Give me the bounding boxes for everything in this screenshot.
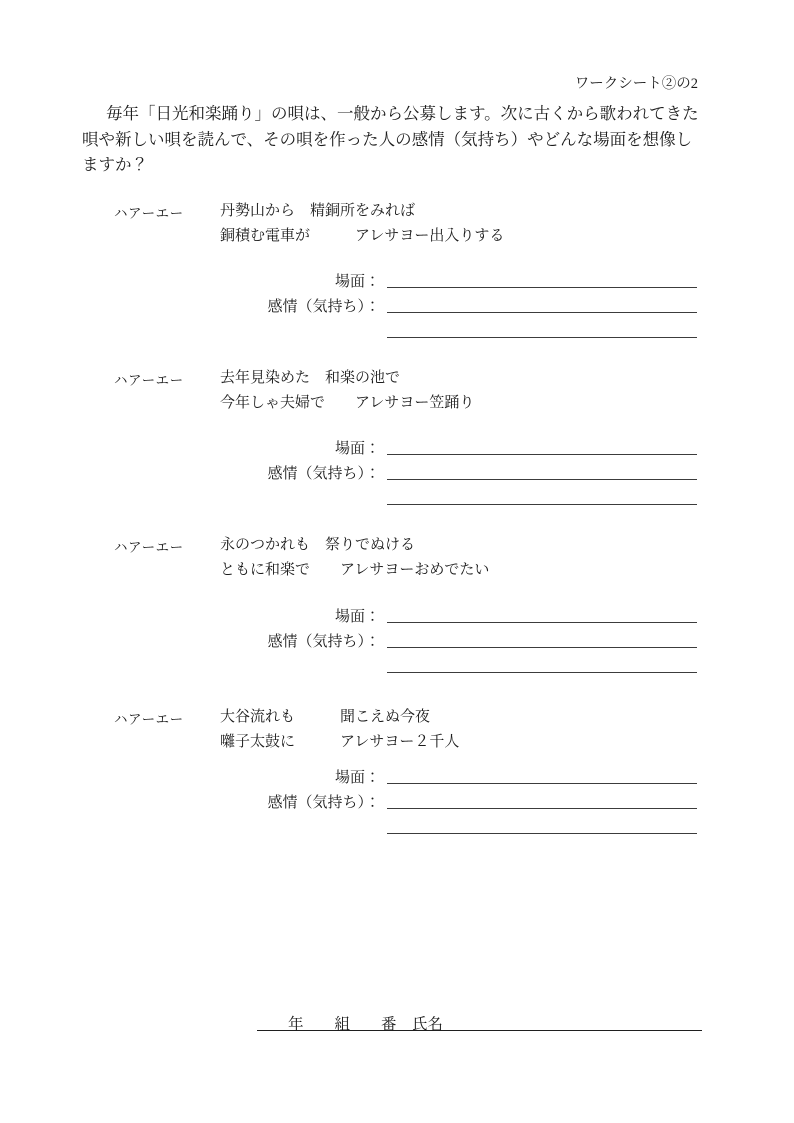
answer-block-1: 場面： 感情（気持ち）： (82, 270, 697, 340)
scene-blank-line (387, 766, 697, 784)
scene-label: 場面： (82, 270, 380, 291)
verse-call: ハアーエー (114, 708, 184, 728)
emotion-blank-line-1 (387, 462, 697, 480)
scene-blank-line (387, 270, 697, 288)
verse-section-1: ハアーエー 丹勢山から 精銅所をみれば 銅積む電車が アレサヨー出入りする (114, 199, 504, 249)
verse-call: ハアーエー (114, 369, 184, 389)
emotion-blank-line-1 (387, 630, 697, 648)
verse-line-2: 囃子太鼓に アレサヨー２千人 (220, 730, 459, 755)
verse-line-1: 永のつかれも 祭りでぬける (220, 533, 489, 558)
verse-line-1: 丹勢山から 精銅所をみれば (220, 199, 504, 224)
emotion-blank-line-2 (387, 487, 697, 505)
emotion-blank-line-2 (387, 320, 697, 338)
scene-label: 場面： (82, 766, 380, 787)
verse-section-4: ハアーエー 大谷流れも 聞こえぬ今夜 囃子太鼓に アレサヨー２千人 (114, 705, 459, 755)
emotion-blank-line-2 (387, 816, 697, 834)
verse-line-2: 銅積む電車が アレサヨー出入りする (220, 224, 504, 249)
verse-section-3: ハアーエー 永のつかれも 祭りでぬける ともに和楽で アレサヨーおめでたい (114, 533, 489, 583)
emotion-label: 感情（気持ち）： (82, 295, 380, 316)
verse-line-1: 去年見染めた 和楽の池で (220, 366, 474, 391)
intro-line-2: 唄や新しい唄を読んで、その唄を作った人の感情（気持ち）やどんな場面を想像し (82, 127, 722, 153)
verse-line-2: ともに和楽で アレサヨーおめでたい (220, 558, 489, 583)
intro-line-3: ますか？ (82, 152, 722, 178)
emotion-blank-line-1 (387, 791, 697, 809)
scene-blank-line (387, 437, 697, 455)
worksheet-title: ワークシート②の2 (575, 72, 698, 93)
emotion-label: 感情（気持ち）： (82, 791, 380, 812)
verse-line-1: 大谷流れも 聞こえぬ今夜 (220, 705, 459, 730)
emotion-blank-line-2 (387, 655, 697, 673)
emotion-blank-line-1 (387, 295, 697, 313)
scene-blank-line (387, 605, 697, 623)
scene-label: 場面： (82, 605, 380, 626)
answer-block-4: 場面： 感情（気持ち）： (82, 766, 697, 836)
name-field: 年 組 番 氏名 (257, 1012, 702, 1031)
answer-block-3: 場面： 感情（気持ち）： (82, 605, 697, 675)
verse-section-2: ハアーエー 去年見染めた 和楽の池で 今年しゃ夫婦で アレサヨー笠踊り (114, 366, 474, 416)
intro-line-1: 毎年「日光和楽踊り」の唄は、一般から公募します。次に古くから歌われてきた (82, 101, 722, 127)
scene-label: 場面： (82, 437, 380, 458)
answer-block-2: 場面： 感情（気持ち）： (82, 437, 697, 507)
worksheet-page: ワークシート②の2 毎年「日光和楽踊り」の唄は、一般から公募します。次に古くから… (0, 0, 794, 1123)
verse-call: ハアーエー (114, 202, 184, 222)
name-field-labels: 年 組 番 氏名 (288, 1016, 443, 1033)
verse-call: ハアーエー (114, 536, 184, 556)
verse-line-2: 今年しゃ夫婦で アレサヨー笠踊り (220, 391, 474, 416)
emotion-label: 感情（気持ち）： (82, 630, 380, 651)
emotion-label: 感情（気持ち）： (82, 462, 380, 483)
intro-paragraph: 毎年「日光和楽踊り」の唄は、一般から公募します。次に古くから歌われてきた 唄や新… (82, 101, 722, 178)
